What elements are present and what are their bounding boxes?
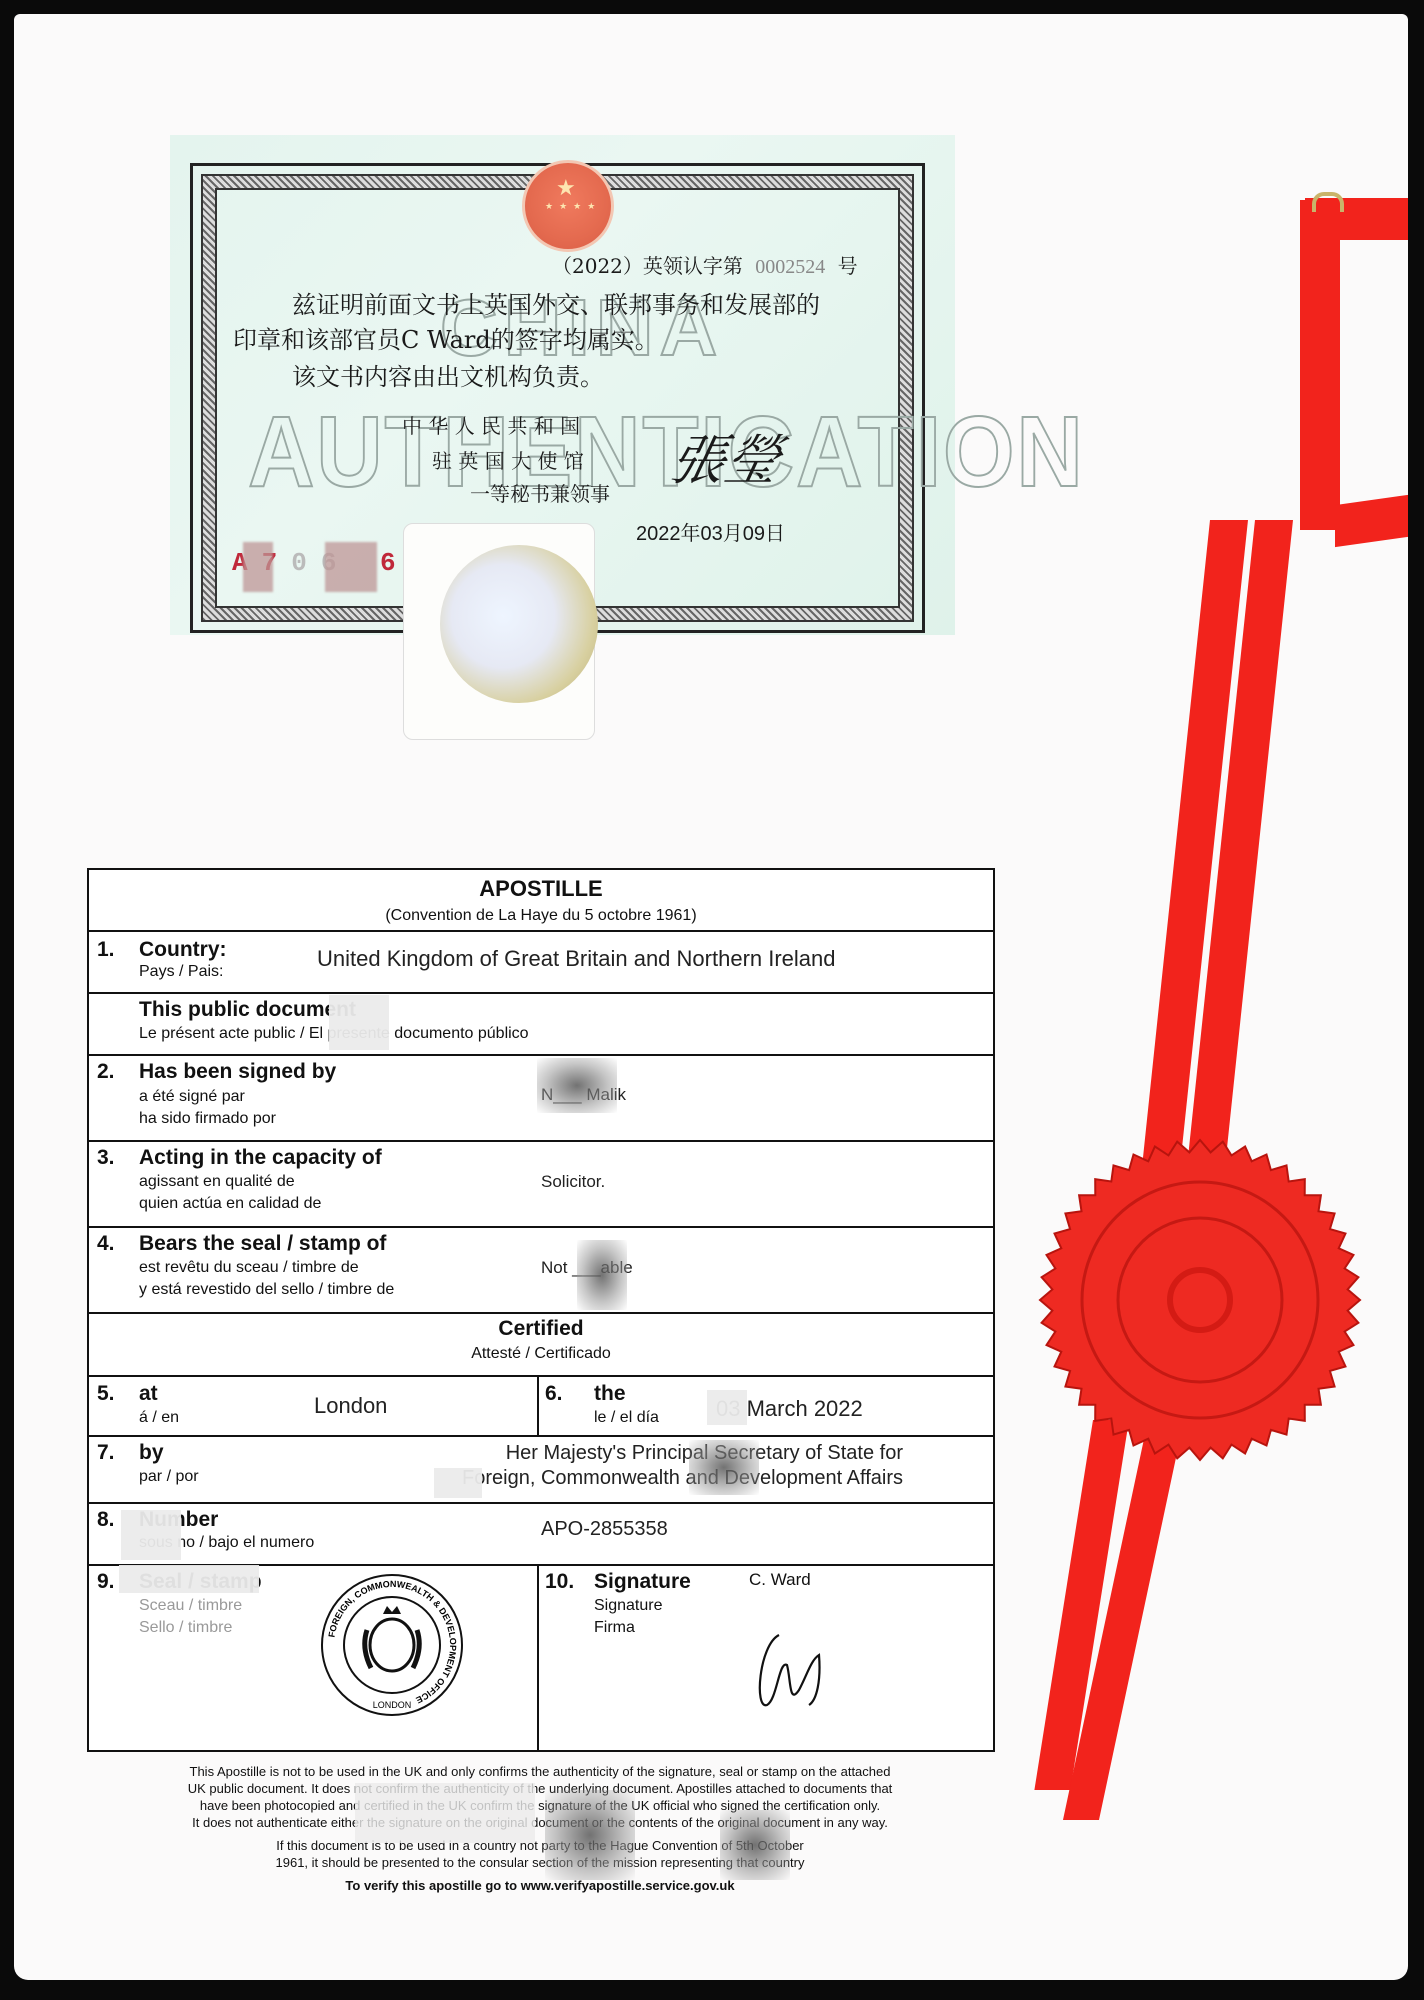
cert-issuer-1: 中 华 人 民 共 和 国 [402,410,580,439]
redaction [689,1440,759,1495]
cert-line-1: 兹证明前面文书上英国外交、联邦事务和发展部的 [292,285,820,320]
redaction [545,1790,635,1880]
cert-line-3: 该文书内容由出文机构负责。 [292,357,604,392]
capacity-label: Acting in the capacity of [139,1146,382,1170]
apostille-number-value: APO-2855358 [541,1518,668,1541]
capacity-value: Solicitor. [541,1172,605,1192]
hologram-seal-icon [440,545,598,703]
redaction [434,1468,482,1498]
cert-line-2: 印章和该部官员C Ward的签字均属实。 [233,320,659,355]
signatory-name: C. Ward [749,1570,811,1590]
redaction [325,542,377,592]
svg-text:LONDON: LONDON [373,1700,412,1710]
cert-ref-prefix: （2022）英领认字第 [552,254,743,278]
redaction [707,1390,747,1425]
country-value: United Kingdom of Great Britain and Nort… [317,946,836,972]
cert-handwritten-signature: 張瑩 [664,418,788,495]
national-emblem-icon: ★★★★★ [522,160,614,252]
signed-by-label: Has been signed by [139,1060,336,1084]
apostille-title: APOSTILLE [89,876,993,902]
cert-issuer-3: 一等秘书兼领事 [470,478,610,507]
verify-url-text: To verify this apostille go to www.verif… [150,1878,930,1893]
seal-stamp-label: Bears the seal / stamp of [139,1232,386,1256]
certified-heading: Certified [89,1317,993,1341]
cert-ref-suffix: 号 [838,254,858,278]
cert-ref-number: 0002524 [755,256,825,278]
redaction [537,1058,617,1113]
issuing-authority-line-1: Her Majesty's Principal Secretary of Sta… [89,1442,903,1465]
redaction [577,1240,627,1310]
redaction [355,1783,535,1843]
apostille-certificate: APOSTILLE (Convention de La Haye du 5 oc… [87,868,995,1752]
public-document-label: This public document [139,998,356,1022]
cert-date: 2022年03月09日 [636,517,785,546]
apostille-subtitle: (Convention de La Haye du 5 octobre 1961… [89,907,993,925]
redaction [119,1565,259,1593]
ribbon-eyelet-icon [1312,192,1344,212]
redaction [329,995,389,1050]
fcdo-seal-icon: FOREIGN, COMMONWEALTH & DEVELOPMENT OFFI… [317,1570,467,1720]
redaction [720,1810,790,1880]
place-value: London [314,1393,387,1419]
redaction [121,1510,181,1560]
redaction [243,542,273,592]
cert-issuer-2: 驻 英 国 大 使 馆 [432,445,584,474]
red-wax-seal-icon [1035,1135,1365,1465]
handwritten-signature-icon [749,1620,859,1720]
issuing-authority-line-2: Foreign, Commonwealth and Development Af… [89,1467,903,1490]
country-label: Country: [139,938,227,962]
